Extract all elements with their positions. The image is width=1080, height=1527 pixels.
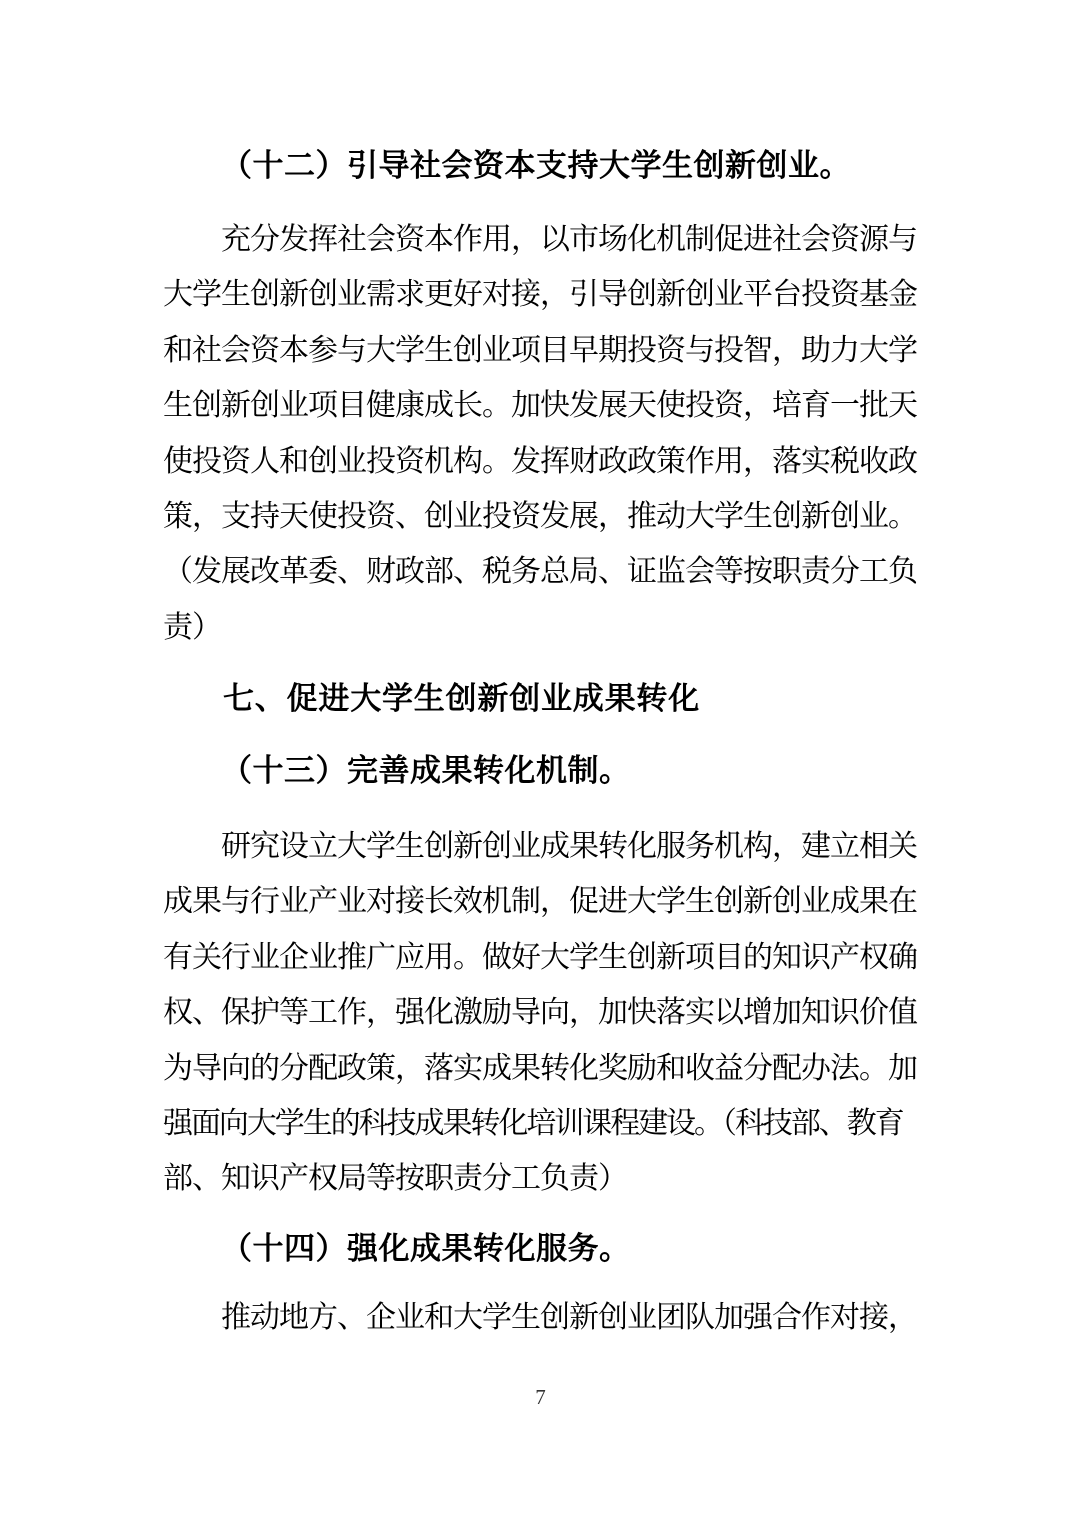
- text-line: 成果与行业产业对接长效机制，促进大学生创新创业成果在: [163, 874, 918, 929]
- section-12-body: 充分发挥社会资本作用，以市场化机制促进社会资源与大学生创新创业需求更好对接，引导…: [163, 212, 918, 655]
- text-line: 推动地方、企业和大学生创新创业团队加强合作对接，: [163, 1290, 918, 1345]
- text-line: 研究设立大学生创新创业成果转化服务机构，建立相关: [163, 819, 918, 874]
- text-line: 策，支持天使投资、创业投资发展，推动大学生创新创业。: [163, 489, 918, 544]
- document-page: （十二）引导社会资本支持大学生创新创业。充分发挥社会资本作用，以市场化机制促进社…: [0, 0, 1080, 1527]
- text-line: 部、知识产权局等按职责分工负责）: [163, 1151, 918, 1206]
- section-14-heading: （十四）强化成果转化服务。: [163, 1221, 918, 1276]
- text-line: 有关行业企业推广应用。做好大学生创新项目的知识产权确: [163, 930, 918, 985]
- text-line: 强面向大学生的科技成果转化培训课程建设。（科技部、教育: [163, 1096, 918, 1151]
- text-line: 权、保护等工作，强化激励导向，加快落实以增加知识价值: [163, 985, 918, 1040]
- section-14-body: 推动地方、企业和大学生创新创业团队加强合作对接，: [163, 1290, 918, 1345]
- text-line: 为导向的分配政策，落实成果转化奖励和收益分配办法。加: [163, 1041, 918, 1096]
- section-13-heading: （十三）完善成果转化机制。: [163, 743, 918, 798]
- section-13-body: 研究设立大学生创新创业成果转化服务机构，建立相关成果与行业产业对接长效机制，促进…: [163, 819, 918, 1207]
- text-line: （发展改革委、财政部、税务总局、证监会等按职责分工负: [163, 544, 918, 599]
- text-line: 和社会资本参与大学生创业项目早期投资与投智，助力大学: [163, 323, 918, 378]
- text-line: 充分发挥社会资本作用，以市场化机制促进社会资源与: [163, 212, 918, 267]
- text-line: 生创新创业项目健康成长。加快发展天使投资，培育一批天: [163, 378, 918, 433]
- text-line: 使投资人和创业投资机构。发挥财政政策作用，落实税收政: [163, 434, 918, 489]
- text-line: 责）: [163, 600, 918, 655]
- page-number: 7: [163, 1385, 918, 1410]
- section-12-heading: （十二）引导社会资本支持大学生创新创业。: [163, 138, 918, 193]
- text-line: 大学生创新创业需求更好对接，引导创新创业平台投资基金: [163, 267, 918, 322]
- section-7-heading: 七、促进大学生创新创业成果转化: [163, 671, 918, 726]
